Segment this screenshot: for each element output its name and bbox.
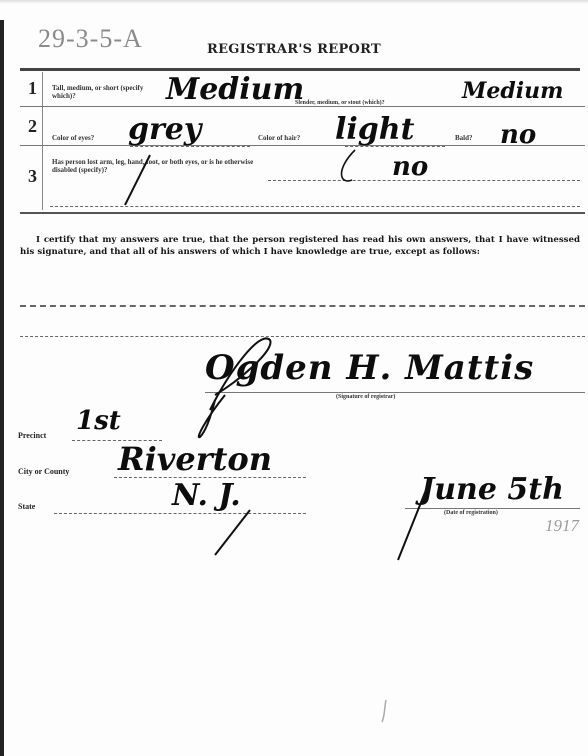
exceptions-line-1 (20, 305, 585, 307)
bald-answer: no (500, 120, 536, 150)
disability-extra-line (50, 206, 580, 207)
question-number-1: 1 (28, 78, 37, 99)
city-county-label: City or County (18, 467, 69, 476)
bald-label: Bald? (455, 134, 473, 142)
registration-date-line (405, 508, 580, 509)
header-rule (20, 68, 580, 71)
certification-text: I certify that my answers are true, that… (20, 234, 580, 258)
disability-line (268, 180, 580, 181)
eye-color-label: Color of eyes? (52, 134, 94, 142)
city-county-value: Riverton (118, 440, 272, 478)
registration-date-caption: (Date of registration) (444, 510, 498, 516)
hair-color-label: Color of hair? (258, 134, 300, 142)
registration-year-annotation: 1917 (545, 516, 579, 536)
question-1-build-answer: Medium (462, 78, 563, 104)
disability-answer: no (392, 152, 428, 182)
registration-date-value: June 5th (420, 472, 564, 507)
hair-color-answer: light (335, 112, 414, 147)
eye-color-line (130, 146, 250, 147)
eye-color-answer: grey (128, 112, 201, 147)
hair-color-line (345, 146, 445, 147)
signature-caption: (Signature of registrar) (336, 394, 395, 400)
registrar-signature: Ogden H. Mattis (205, 348, 534, 388)
state-label: State (18, 502, 35, 511)
question-1-build-label: Slender, medium, or stout (which)? (295, 99, 385, 107)
question-column-divider (42, 72, 43, 210)
registrar-report-card: 29-3-5-A REGISTRAR'S REPORT 1 Tall, medi… (0, 0, 588, 756)
signature-line (205, 392, 585, 393)
state-value: N. J. (172, 478, 241, 513)
state-line (54, 513, 306, 514)
card-left-edge (0, 20, 4, 756)
question-number-2: 2 (28, 116, 37, 137)
question-number-3: 3 (28, 166, 37, 187)
precinct-label: Precinct (18, 431, 46, 440)
report-title: REGISTRAR'S REPORT (207, 42, 381, 57)
precinct-value: 1st (76, 406, 121, 436)
disability-label: Has person lost arm, leg, hand, foot, or… (52, 158, 267, 174)
exceptions-line-2 (20, 336, 585, 337)
card-top-edge (0, 0, 588, 4)
row-divider-3 (20, 212, 585, 214)
certification-statement: I certify that my answers are true, that… (20, 235, 580, 257)
serial-number: 29-3-5-A (38, 24, 143, 54)
question-1-label: Tall, medium, or short (specify which)? (52, 84, 162, 100)
question-1-answer: Medium (166, 72, 304, 107)
